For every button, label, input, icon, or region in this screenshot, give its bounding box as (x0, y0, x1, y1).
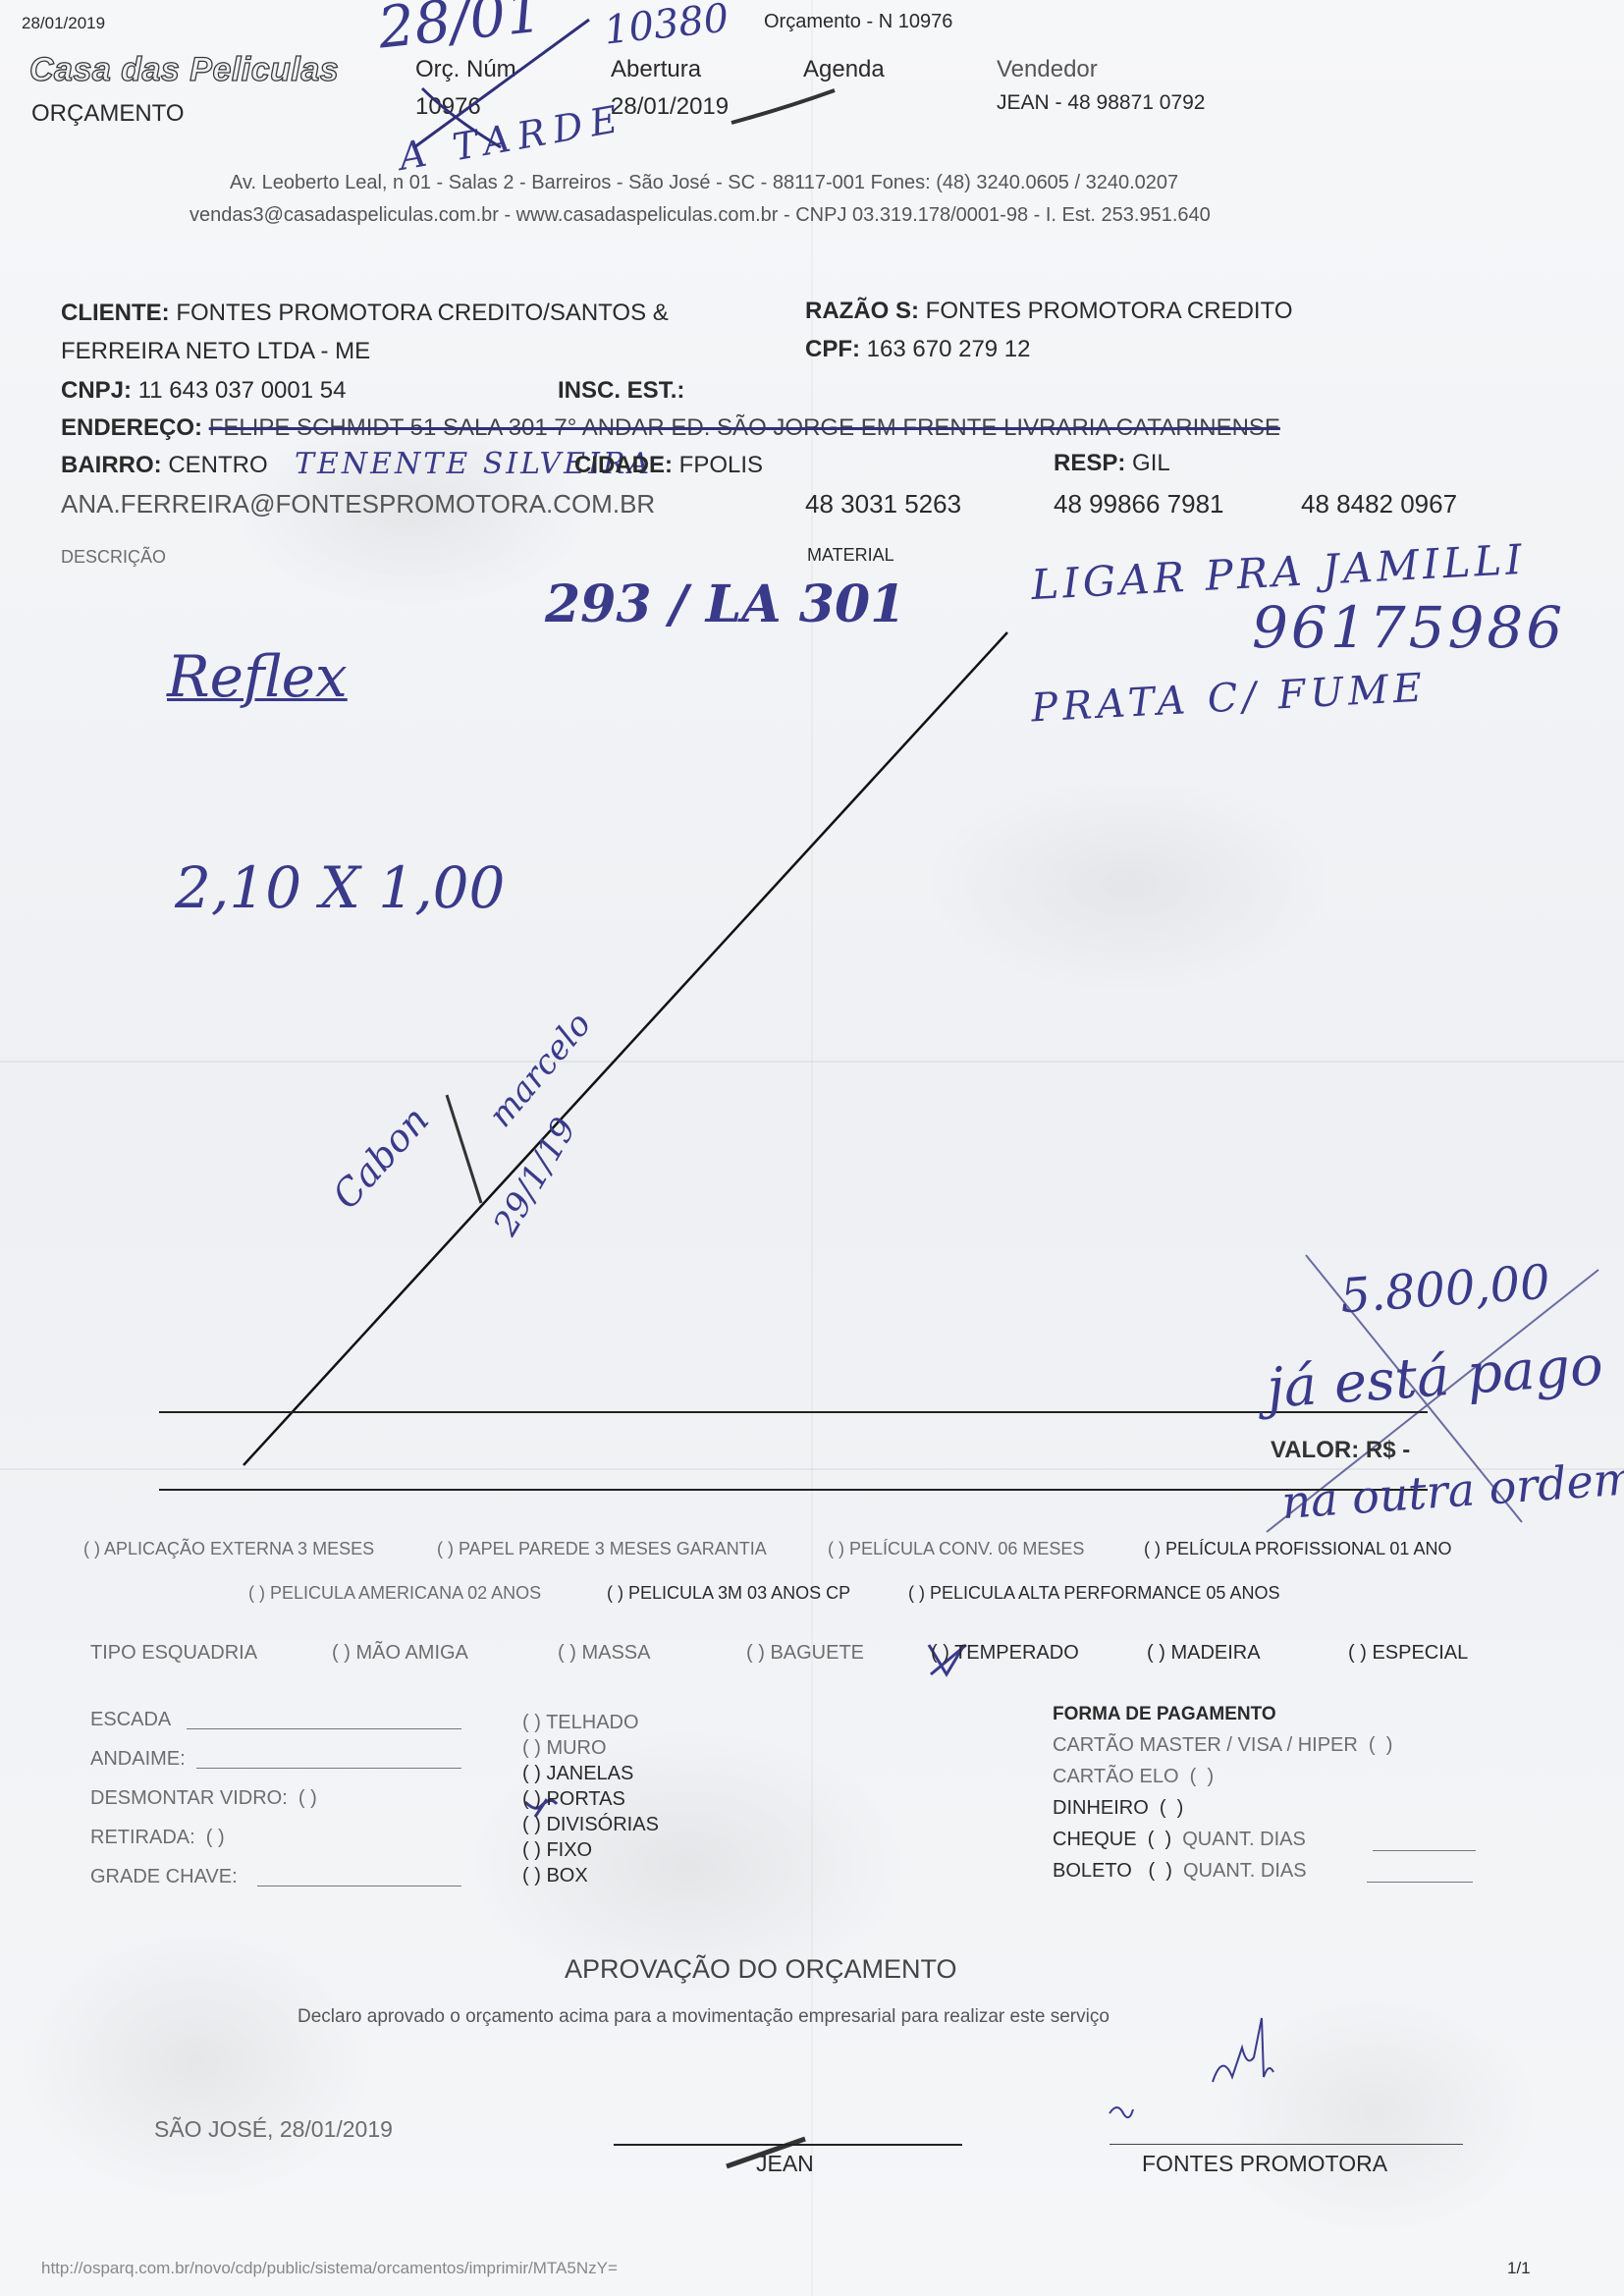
warranty-option[interactable]: ( ) PELICULA AMERICANA 02 ANOS (248, 1583, 541, 1604)
local-option[interactable]: ( ) FIXO (522, 1839, 592, 1862)
descricao-label: DESCRIÇÃO (61, 547, 166, 568)
client-phone-3: 48 8482 0967 (1301, 489, 1457, 519)
esquadria-option[interactable]: ( ) MÃO AMIGA (332, 1642, 468, 1665)
payment-option[interactable]: BOLETO ( ) QUANT. DIAS (1053, 1860, 1307, 1883)
item-line-bottom (159, 1489, 1428, 1491)
company-address: Av. Leoberto Leal, n 01 - Salas 2 - Barr… (230, 172, 1178, 194)
endereco-label: ENDEREÇO: (61, 414, 202, 441)
local-option[interactable]: ( ) JANELAS (522, 1763, 633, 1785)
print-date: 28/01/2019 (22, 14, 105, 33)
cidade-value: FPOLIS (679, 452, 763, 478)
cliente-label: CLIENTE: (61, 300, 170, 326)
signature-line-left[interactable] (614, 2144, 962, 2146)
resp-field: RESP: GIL (1054, 450, 1170, 477)
client-email: ANA.FERREIRA@FONTESPROMOTORA.COM.BR (61, 489, 655, 519)
razao-field: RAZÃO S: FONTES PROMOTORA CREDITO (805, 298, 1293, 325)
signer-right: FONTES PROMOTORA (1142, 2151, 1387, 2177)
handwritten-strokes-header (393, 0, 844, 177)
vendedor-value: JEAN - 48 98871 0792 (997, 91, 1205, 115)
desmontar-field[interactable]: DESMONTAR VIDRO: ( ) (90, 1787, 317, 1810)
andaime-field[interactable] (196, 1768, 461, 1769)
cidade-field: CIDADE: FPOLIS (574, 452, 763, 479)
handwritten-dimensions: 2,10 X 1,00 (175, 854, 505, 921)
warranty-option[interactable]: ( ) PELÍCULA CONV. 06 MESES (828, 1539, 1084, 1559)
diagonal-note-name: Cabon (324, 1098, 437, 1217)
client-phone-1: 48 3031 5263 (805, 489, 961, 519)
bairro-value: CENTRO (168, 452, 267, 478)
handwritten-paid-note: já está pago (1265, 1334, 1605, 1421)
approval-title: APROVAÇÃO DO ORÇAMENTO (565, 1954, 957, 1985)
local-option[interactable]: ( ) TELHADO (522, 1712, 639, 1734)
payment-option[interactable]: CARTÃO MASTER / VISA / HIPER ( ) (1053, 1734, 1392, 1757)
warranty-option[interactable]: ( ) PELICULA ALTA PERFORMANCE 05 ANOS (908, 1583, 1279, 1604)
approval-declaration: Declaro aprovado o orçamento acima para … (298, 2006, 1110, 2028)
document-type: ORÇAMENTO (31, 100, 185, 128)
place-date: SÃO JOSÉ, 28/01/2019 (154, 2116, 393, 2143)
company-logo: Casa das Peliculas (29, 51, 339, 89)
cpf-label: CPF: (805, 336, 860, 362)
footer-url: http://osparq.com.br/novo/cdp/public/sis… (41, 2259, 618, 2278)
payment-option[interactable]: CARTÃO ELO ( ) (1053, 1766, 1214, 1788)
payment-option[interactable]: DINHEIRO ( ) (1053, 1797, 1183, 1820)
resp-value: GIL (1132, 450, 1170, 476)
esquadria-label: TIPO ESQUADRIA (90, 1642, 257, 1665)
valor-label: VALOR: R$ - (1271, 1437, 1410, 1464)
esquadria-option[interactable]: ( ) BAGUETE (746, 1642, 864, 1665)
retirada-field[interactable]: RETIRADA: ( ) (90, 1827, 225, 1849)
escada-label: ESCADA (90, 1709, 171, 1731)
payment-option[interactable]: CHEQUE ( ) QUANT. DIAS (1053, 1829, 1306, 1851)
warranty-option[interactable]: ( ) APLICAÇÃO EXTERNA 3 MESES (83, 1539, 374, 1559)
bairro-field: BAIRRO: CENTRO (61, 452, 268, 479)
handwritten-amount: 5.800,00 (1338, 1255, 1551, 1325)
cpf-value: 163 670 279 12 (867, 336, 1031, 362)
endereco-value-struck: FELIPE SCHMIDT 51 SALA 301 7° ANDAR ED. … (209, 414, 1280, 441)
cidade-label: CIDADE: (574, 452, 673, 478)
cliente-value: FONTES PROMOTORA CREDITO/SANTOS & (176, 300, 668, 326)
client-phone-2: 48 99866 7981 (1054, 489, 1224, 519)
razao-label: RAZÃO S: (805, 298, 919, 324)
esquadria-option[interactable]: ( ) ESPECIAL (1348, 1642, 1468, 1665)
andaime-label: ANDAIME: (90, 1748, 186, 1771)
esquadria-option-checked[interactable]: ( ) TEMPERADO (931, 1642, 1079, 1665)
local-option-checked[interactable]: ( ) PORTAS (522, 1788, 625, 1811)
local-option[interactable]: ( ) BOX (522, 1865, 588, 1887)
warranty-option[interactable]: ( ) PELÍCULA PROFISSIONAL 01 ANO (1144, 1539, 1451, 1559)
escada-field[interactable] (187, 1728, 461, 1729)
cnpj-field: CNPJ: 11 643 037 0001 54 (61, 377, 346, 405)
signer-left: JEAN (756, 2151, 814, 2177)
diagonal-note-date: 29/1/19 (486, 1111, 584, 1242)
cpf-field: CPF: 163 670 279 12 (805, 336, 1031, 363)
bairro-label: BAIRRO: (61, 452, 162, 478)
insc-est-label: INSC. EST.: (558, 377, 684, 405)
payment-title: FORMA DE PAGAMENTO (1053, 1704, 1276, 1725)
diagonal-note-signature: marcelo (481, 1005, 599, 1134)
cnpj-label: CNPJ: (61, 377, 132, 404)
resp-label: RESP: (1054, 450, 1125, 476)
cliente-field: CLIENTE: FONTES PROMOTORA CREDITO/SANTOS… (61, 300, 669, 327)
item-line-top (159, 1411, 1428, 1413)
esquadria-option[interactable]: ( ) MASSA (558, 1642, 650, 1665)
cnpj-value: 11 643 037 0001 54 (138, 377, 347, 404)
handwritten-note-phone: 96175986 (1252, 594, 1565, 661)
local-option[interactable]: ( ) MURO (522, 1737, 607, 1760)
handwritten-material-code: 293 / LA 301 (545, 574, 905, 634)
vendedor-label: Vendedor (997, 56, 1098, 83)
page-number: 1/1 (1507, 2259, 1531, 2278)
handwritten-note-color: PRATA C/ FUME (1030, 665, 1428, 731)
warranty-option[interactable]: ( ) PELICULA 3M 03 ANOS CP (607, 1583, 850, 1604)
handwritten-product: Reflex (167, 643, 348, 710)
cliente-value-line2: FERREIRA NETO LTDA - ME (61, 338, 370, 365)
cheque-days-field[interactable] (1373, 1850, 1476, 1851)
esquadria-option[interactable]: ( ) MADEIRA (1147, 1642, 1261, 1665)
material-label: MATERIAL (807, 545, 894, 566)
endereco-field: ENDEREÇO: FELIPE SCHMIDT 51 SALA 301 7° … (61, 414, 1280, 442)
razao-value: FONTES PROMOTORA CREDITO (926, 298, 1293, 324)
signature-line-right[interactable] (1110, 2144, 1463, 2145)
company-contact: vendas3@casadaspeliculas.com.br - www.ca… (189, 204, 1211, 227)
local-option[interactable]: ( ) DIVISÓRIAS (522, 1814, 659, 1836)
grade-chave-field[interactable] (257, 1886, 461, 1886)
warranty-option[interactable]: ( ) PAPEL PAREDE 3 MESES GARANTIA (437, 1539, 767, 1559)
grade-chave-label: GRADE CHAVE: (90, 1866, 238, 1888)
boleto-days-field[interactable] (1367, 1882, 1473, 1883)
